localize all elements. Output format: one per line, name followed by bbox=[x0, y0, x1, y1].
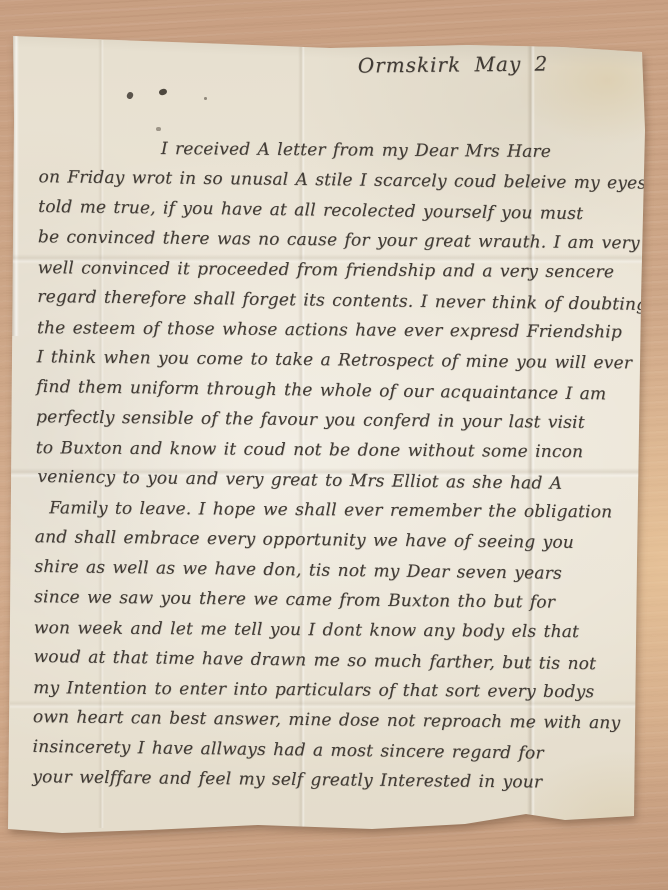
photographed-letter-scene: Ormskirk May 2 I received A letter from … bbox=[0, 0, 668, 890]
letter-line: my Intention to enter into particulars o… bbox=[33, 673, 637, 707]
letter-body: I received A letter from my Dear Mrs Har… bbox=[32, 132, 643, 798]
letter-line: the esteem of those whose actions have e… bbox=[37, 313, 641, 347]
letter-paper: Ormskirk May 2 I received A letter from … bbox=[0, 0, 668, 890]
letter-dateline: Ormskirk May 2 bbox=[358, 52, 549, 78]
paper-shadow: Ormskirk May 2 I received A letter from … bbox=[0, 0, 668, 890]
letter-line: I received A letter from my Dear Mrs Har… bbox=[39, 133, 643, 167]
handwriting-layer: Ormskirk May 2 I received A letter from … bbox=[0, 0, 668, 890]
letter-line: Family to leave. I hope we shall ever re… bbox=[35, 493, 639, 527]
